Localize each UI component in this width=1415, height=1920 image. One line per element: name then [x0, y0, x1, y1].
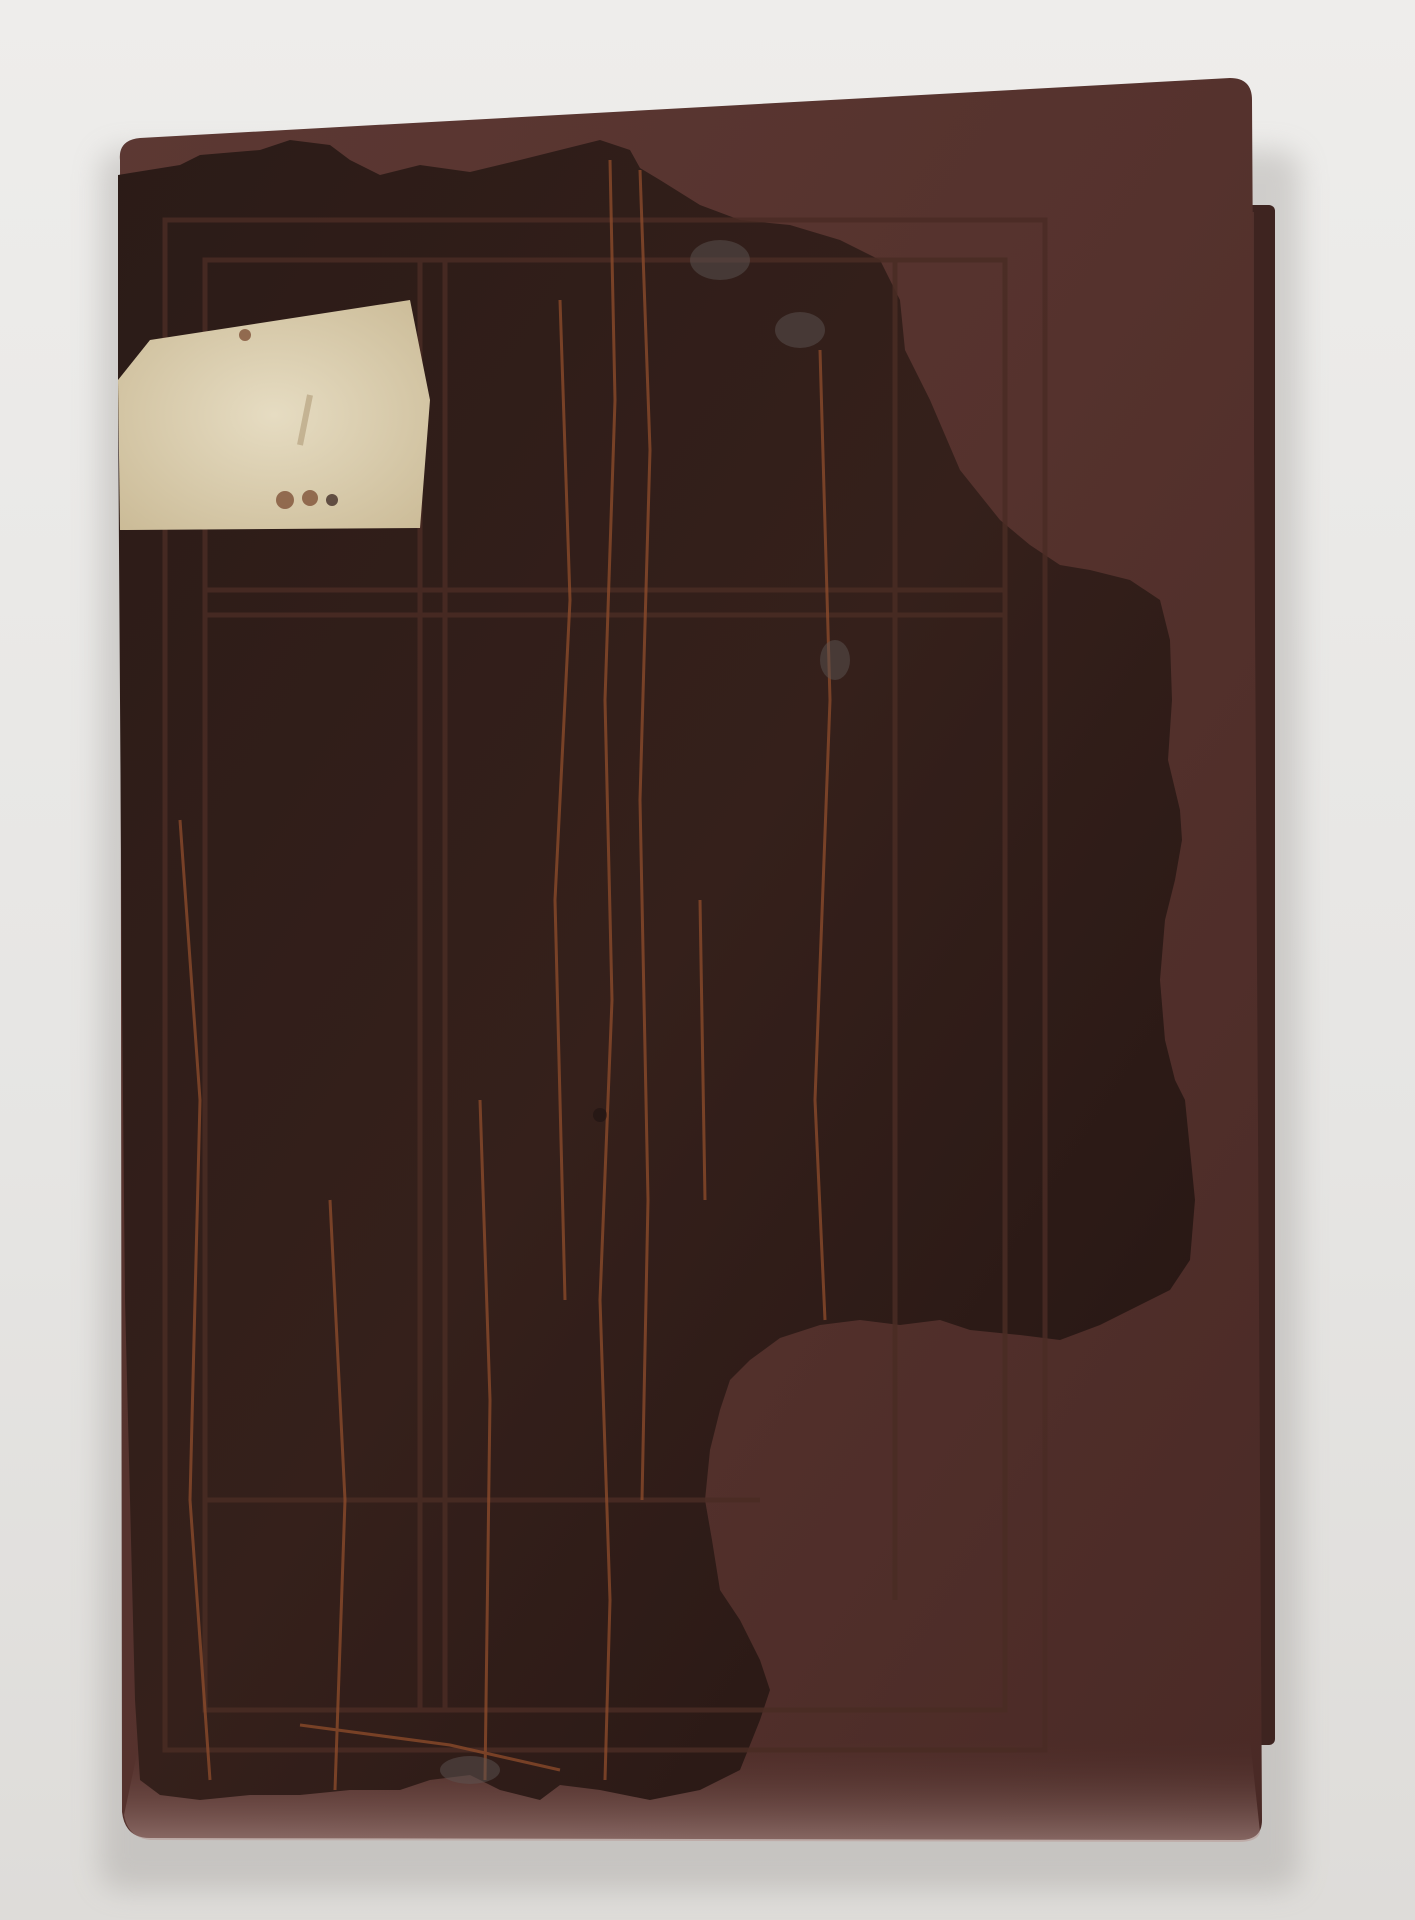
photo-scene: Antique leather-bound book, front cover	[0, 0, 1415, 1920]
book-photo	[0, 0, 1415, 1920]
